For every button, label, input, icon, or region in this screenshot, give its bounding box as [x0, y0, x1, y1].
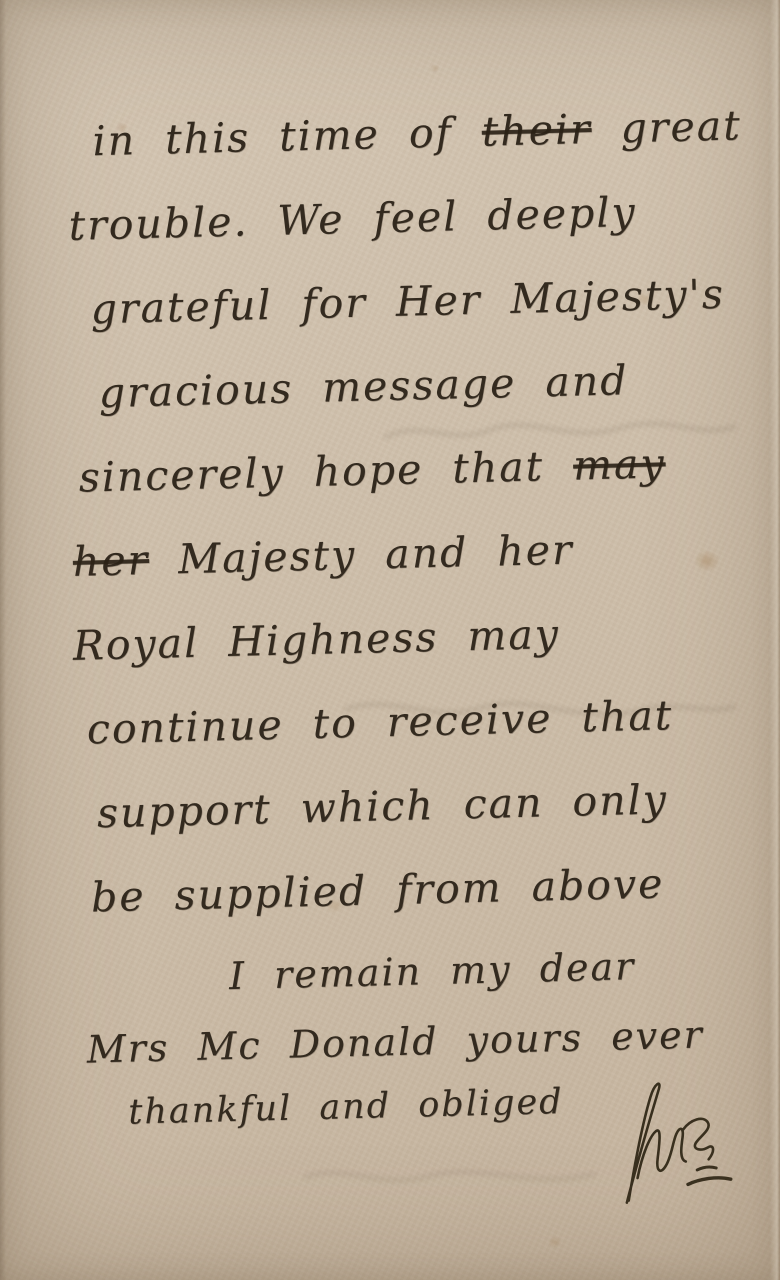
letter-line: support which can only: [96, 772, 780, 873]
struck-word: their: [481, 105, 592, 156]
letter-line: I remain my dear: [228, 940, 780, 1024]
letter-page: in this time of their greattrouble. We f…: [0, 0, 780, 1280]
struck-word: her: [72, 536, 149, 586]
line-text: Mrs Mc Donald yours ever: [86, 1013, 704, 1072]
letter-lines: in this time of their greattrouble. We f…: [0, 100, 780, 1161]
line-text: Majesty and her: [149, 526, 575, 584]
line-text: I remain my dear: [228, 944, 635, 998]
line-text: in this time of: [92, 108, 482, 165]
foxing-spot: [548, 1236, 562, 1248]
paper-edge: [0, 0, 6, 1280]
line-text: great: [591, 101, 742, 153]
foxing-spot: [430, 64, 440, 73]
bleedthrough-marks: [300, 1150, 600, 1200]
struck-word: may: [572, 439, 666, 489]
signature-monogram: [592, 1068, 760, 1226]
paper-edge: [770, 0, 780, 1280]
